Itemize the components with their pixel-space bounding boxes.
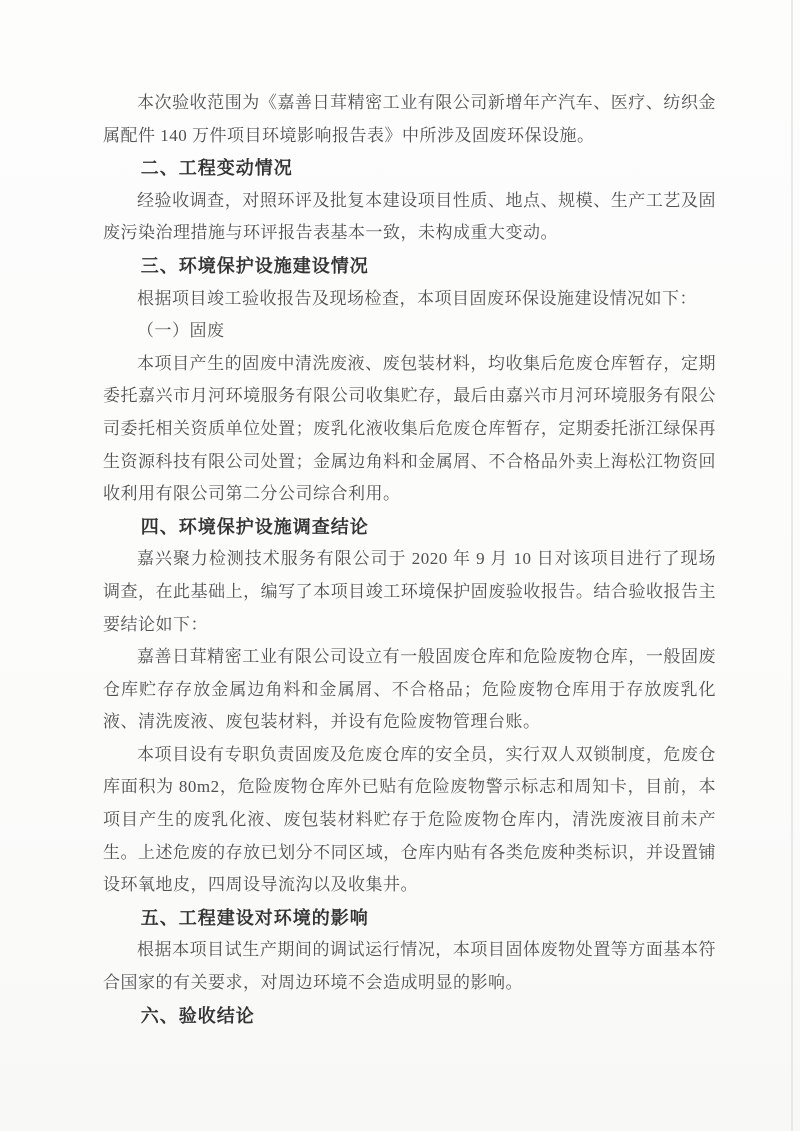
- paragraph-facility-intro: 根据项目竣工验收报告及现场检查，本项目固废环保设施建设情况如下：: [103, 283, 716, 316]
- paragraph-acceptance-scope: 本次验收范围为《嘉善日茸精密工业有限公司新增年产汽车、医疗、纺织金属配件 140…: [103, 87, 716, 152]
- heading-section-5-environment-impact: 五、工程建设对环境的影响: [103, 902, 716, 935]
- heading-section-6-acceptance-conclusion: 六、验收结论: [103, 1000, 716, 1033]
- paragraph-solid-waste-label: （一）固废: [103, 315, 716, 348]
- paragraph-warehouse-management: 本项目设有专职负责固废及危废仓库的安全员，实行双人双锁制度，危废仓库面积为 80…: [103, 739, 716, 902]
- paragraph-warehouse-setup: 嘉善日茸精密工业有限公司设立有一般固废仓库和危险废物仓库，一般固废仓库贮存存放金…: [103, 641, 716, 739]
- document-body: 本次验收范围为《嘉善日茸精密工业有限公司新增年产汽车、医疗、纺织金属配件 140…: [103, 87, 716, 1032]
- paragraph-survey-summary: 嘉兴聚力检测技术服务有限公司于 2020 年 9 月 10 日对该项目进行了现场…: [103, 543, 716, 641]
- paragraph-solid-waste-disposal: 本项目产生的固废中清洗废液、废包装材料，均收集后危废仓库暂存，定期委托嘉兴市月河…: [103, 348, 716, 511]
- heading-section-2-project-changes: 二、工程变动情况: [103, 152, 716, 185]
- paragraph-project-changes: 经验收调查，对照环评及批复本建设项目性质、地点、规模、生产工艺及固废污染治理措施…: [103, 185, 716, 250]
- heading-section-3-facility-construction: 三、环境保护设施建设情况: [103, 250, 716, 283]
- heading-section-4-survey-conclusion: 四、环境保护设施调查结论: [103, 511, 716, 544]
- scanned-document-page: 本次验收范围为《嘉善日茸精密工业有限公司新增年产汽车、医疗、纺织金属配件 140…: [0, 0, 800, 1131]
- paragraph-environment-impact: 根据本项目试生产期间的调试运行情况，本项目固体废物处置等方面基本符合国家的有关要…: [103, 934, 716, 999]
- scan-edge-artifact: [791, 0, 793, 1131]
